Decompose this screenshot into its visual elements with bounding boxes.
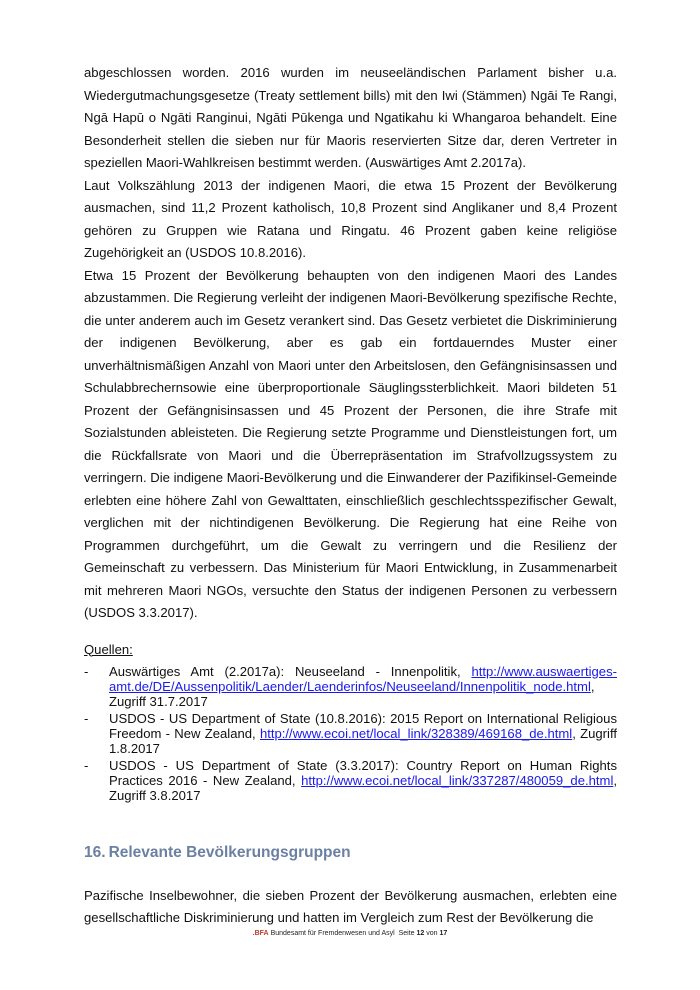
source-item: - USDOS - US Department of State (3.3.20… bbox=[84, 758, 617, 803]
bullet-dash: - bbox=[84, 758, 88, 773]
body-paragraph: Etwa 15 Prozent der Bevölkerung behaupte… bbox=[84, 265, 617, 625]
page-footer: .BFA Bundesamt für Fremdenwesen und Asyl… bbox=[0, 930, 700, 937]
body-paragraph: Pazifische Inselbewohner, die sieben Pro… bbox=[84, 885, 617, 930]
bfa-logo: .BFA bbox=[253, 930, 269, 937]
source-text: Auswärtiges Amt (2.2017a): Neuseeland - … bbox=[109, 664, 471, 679]
body-paragraph: Laut Volkszählung 2013 der indigenen Mao… bbox=[84, 175, 617, 265]
source-link[interactable]: http://www.ecoi.net/local_link/328389/46… bbox=[260, 726, 572, 741]
source-item: - USDOS - US Department of State (10.8.2… bbox=[84, 711, 617, 756]
section-heading: 16.Relevante Bevölkerungsgruppen bbox=[84, 843, 617, 863]
footer-org: Bundesamt für Fremdenwesen und Asyl bbox=[271, 930, 395, 937]
sources-title: Quellen: bbox=[84, 639, 617, 661]
bullet-dash: - bbox=[84, 711, 88, 726]
bullet-dash: - bbox=[84, 664, 88, 679]
document-page: abgeschlossen worden. 2016 wurden im neu… bbox=[84, 62, 617, 930]
source-link[interactable]: http://www.ecoi.net/local_link/337287/48… bbox=[301, 773, 613, 788]
section-title: Relevante Bevölkerungsgruppen bbox=[109, 844, 351, 861]
body-paragraph: abgeschlossen worden. 2016 wurden im neu… bbox=[84, 62, 617, 175]
page-of: von bbox=[426, 930, 437, 937]
source-item: - Auswärtiges Amt (2.2017a): Neuseeland … bbox=[84, 664, 617, 709]
page-label: Seite bbox=[399, 930, 415, 937]
page-current: 12 bbox=[417, 930, 425, 937]
sources-list: - Auswärtiges Amt (2.2017a): Neuseeland … bbox=[84, 664, 617, 803]
page-total: 17 bbox=[440, 930, 448, 937]
section-number: 16. bbox=[84, 844, 106, 861]
